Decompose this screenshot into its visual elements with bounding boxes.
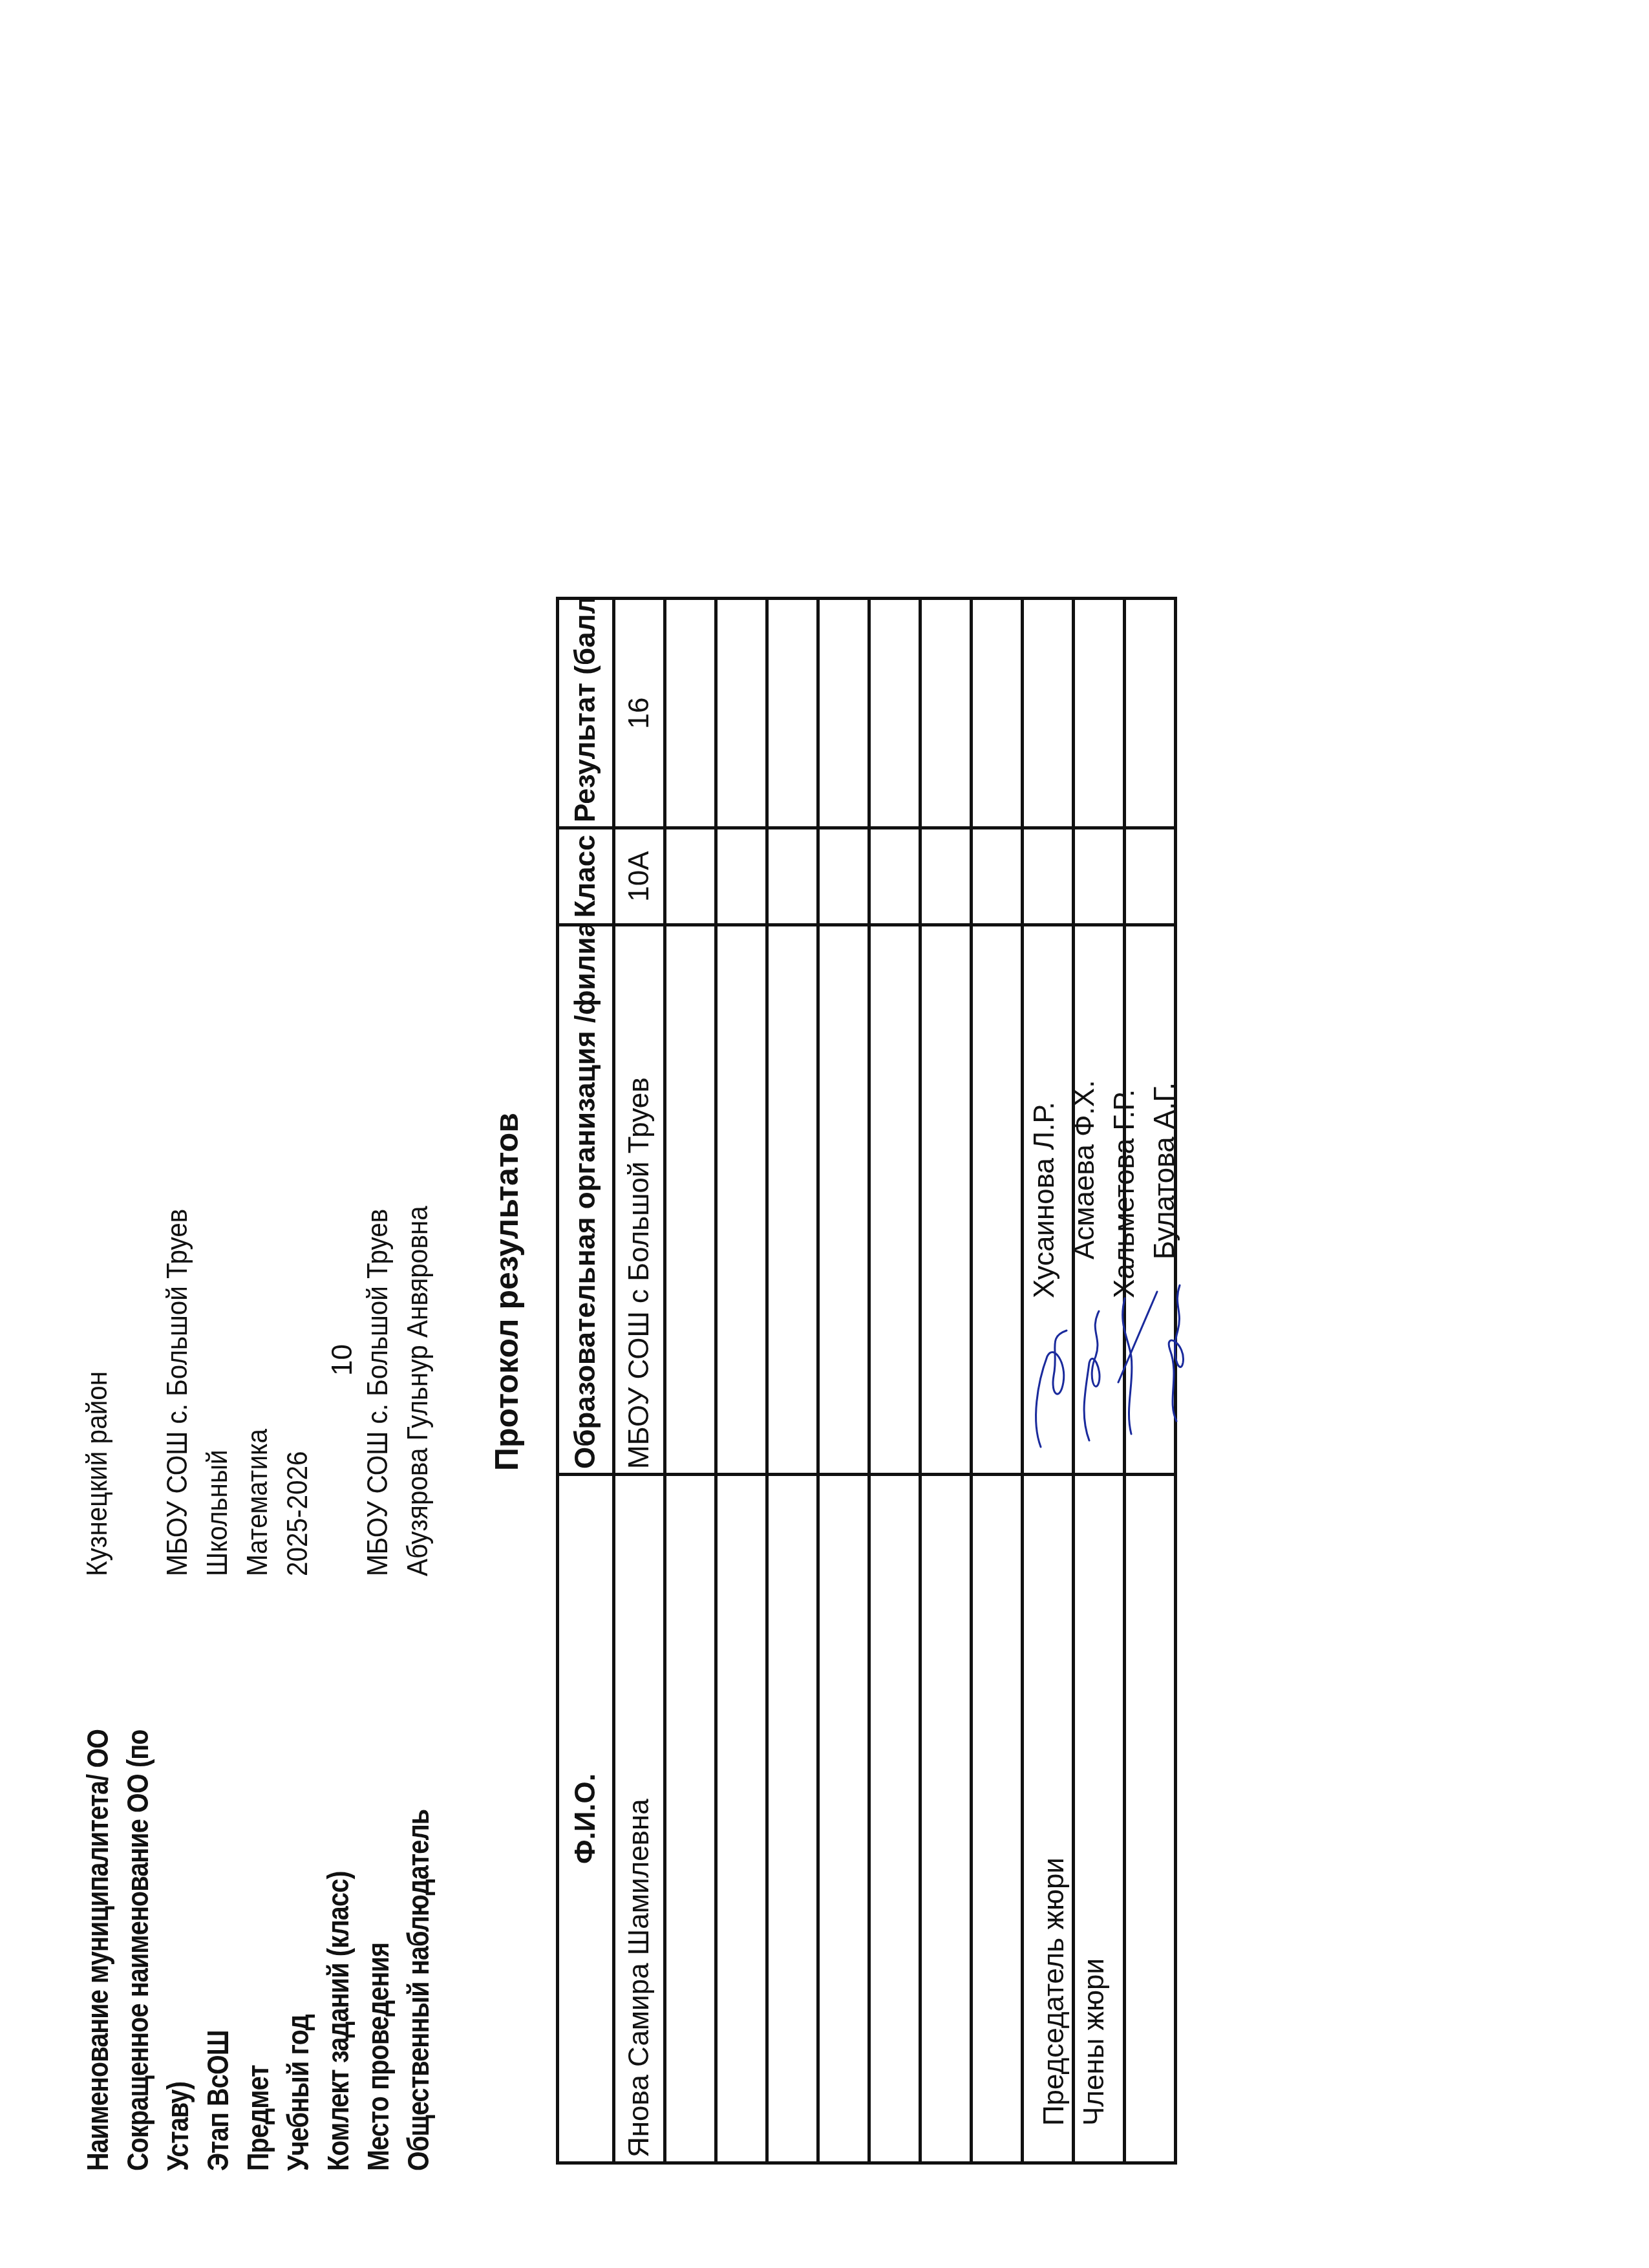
info-row-municipality: Наименование муниципалитета/ ОО Кузнецки… <box>78 1173 118 2171</box>
cell-class <box>920 828 972 925</box>
cell-fio <box>665 1475 716 2163</box>
table-row <box>818 599 869 2163</box>
cell-result: 16 <box>614 599 665 828</box>
info-label: Сокращенное наименование ОО (по <box>120 1660 155 2171</box>
cell-fio <box>818 1475 869 2163</box>
cell-fio <box>920 1475 972 2163</box>
table-header-row: Ф.И.О. Образовательная организация /фили… <box>558 599 614 2163</box>
cell-result <box>716 599 767 828</box>
jury-name-member: Булатова А.Г. <box>1145 1080 1185 1298</box>
header-result: Результат (баллы) <box>558 599 614 828</box>
cell-fio <box>1125 1475 1176 2163</box>
info-label: Предмет <box>240 1660 275 2171</box>
info-label: Общественный наблюдатель <box>401 1660 436 2171</box>
jury-name-member: Хальметова Г.Р. <box>1105 1080 1145 1298</box>
signature-member-2 <box>1118 1292 1157 1434</box>
jury-chair-label: Председатель жюри <box>1034 1857 1074 2126</box>
document-title: Протокол результатов <box>488 1001 526 1583</box>
info-label: Этап ВсОШ <box>200 1660 235 2171</box>
info-value: Школьный <box>202 1450 234 1576</box>
header-fio: Ф.И.О. <box>558 1475 614 2163</box>
jury-labels: Председатель жюри Члены жюри <box>1034 1857 1114 2126</box>
cell-class <box>1074 828 1125 925</box>
info-row-short-name-cont: Уставу) МБОУ СОШ с. Большой Труев <box>158 1173 198 2171</box>
cell-organization <box>665 925 716 1475</box>
info-row-subject: Предмет Математика <box>238 1173 278 2171</box>
info-row-short-name: Сокращенное наименование ОО (по <box>118 1173 158 2171</box>
info-value: 2025-2026 <box>282 1451 314 1576</box>
info-row-year: Учебный год 2025-2026 <box>278 1173 318 2171</box>
info-row-observer: Общественный наблюдатель Абузярова Гульн… <box>398 1173 438 2171</box>
task-set-class-value: 10 <box>326 1344 359 1376</box>
cell-result <box>1023 599 1074 828</box>
info-label: Учебный год <box>281 1660 315 2171</box>
info-value: МБОУ СОШ с. Большой Труев <box>162 1209 194 1576</box>
table-row <box>972 599 1023 2163</box>
jury-names: Хусаинова Л.Р. Асмаева Ф.Х. Хальметова Г… <box>1025 1080 1185 1298</box>
cell-result <box>1074 599 1125 828</box>
cell-class <box>972 828 1023 925</box>
cell-organization <box>972 925 1023 1475</box>
table-row <box>920 599 972 2163</box>
info-label: Наименование муниципалитета/ ОО <box>80 1660 115 2171</box>
info-label: Уставу) <box>160 1660 195 2171</box>
table-row <box>716 599 767 2163</box>
cell-result <box>869 599 920 828</box>
cell-class <box>665 828 716 925</box>
cell-class <box>869 828 920 925</box>
cell-organization <box>716 925 767 1475</box>
info-label: Место проведения <box>361 1660 396 2171</box>
cell-result <box>1125 599 1176 828</box>
header-organization: Образовательная организация /филиал <box>558 925 614 1475</box>
jury-name-chair: Хусаинова Л.Р. <box>1025 1080 1065 1298</box>
signature-chair <box>1036 1331 1067 1447</box>
cell-organization <box>767 925 818 1475</box>
cell-organization <box>869 925 920 1475</box>
cell-class: 10А <box>614 828 665 925</box>
cell-result <box>920 599 972 828</box>
cell-result <box>818 599 869 828</box>
cell-class <box>818 828 869 925</box>
info-value: Математика <box>242 1429 274 1576</box>
table-row <box>869 599 920 2163</box>
cell-organization <box>818 925 869 1475</box>
signature-member-1 <box>1084 1311 1100 1440</box>
info-value: МБОУ СОШ с. Большой Труев <box>362 1209 394 1576</box>
info-row-task-set: Комлект заданий (класс) <box>318 1173 358 2171</box>
cell-organization: МБОУ СОШ с Большой Труев <box>614 925 665 1475</box>
info-row-venue: Место проведения МБОУ СОШ с. Большой Тру… <box>358 1173 398 2171</box>
cell-class <box>767 828 818 925</box>
cell-organization <box>920 925 972 1475</box>
table-row: Янова Самира ШамилевнаМБОУ СОШ с Большой… <box>614 599 665 2163</box>
cell-result <box>972 599 1023 828</box>
cell-fio <box>767 1475 818 2163</box>
cell-result <box>767 599 818 828</box>
cell-class <box>1125 828 1176 925</box>
jury-members-label: Члены жюри <box>1074 1857 1114 2126</box>
cell-fio <box>869 1475 920 2163</box>
cell-fio <box>716 1475 767 2163</box>
table-row <box>665 599 716 2163</box>
info-value: Абузярова Гульнур Анвяровна <box>402 1206 434 1576</box>
cell-class <box>1023 828 1074 925</box>
signature-member-3 <box>1169 1285 1183 1421</box>
info-row-stage: Этап ВсОШ Школьный <box>198 1173 238 2171</box>
info-label: Комлект заданий (класс) <box>321 1660 356 2171</box>
cell-fio: Янова Самира Шамилевна <box>614 1475 665 2163</box>
table-row <box>767 599 818 2163</box>
header-class: Класс <box>558 828 614 925</box>
jury-name-member: Асмаева Ф.Х. <box>1065 1080 1105 1298</box>
protocol-sheet: Наименование муниципалитета/ ОО Кузнецки… <box>0 0 1649 2268</box>
info-block: Наименование муниципалитета/ ОО Кузнецки… <box>78 1173 438 2171</box>
info-value: Кузнецкий район <box>81 1371 114 1576</box>
cell-class <box>716 828 767 925</box>
cell-fio <box>972 1475 1023 2163</box>
cell-result <box>665 599 716 828</box>
